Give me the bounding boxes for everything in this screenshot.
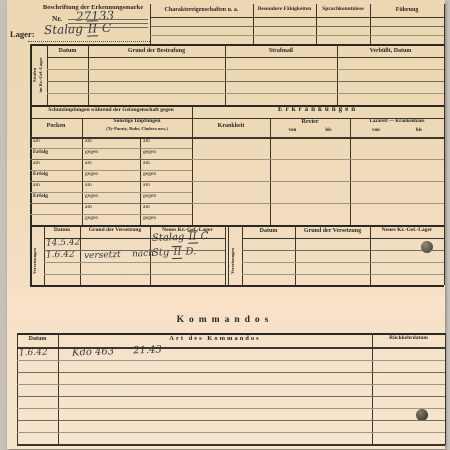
impfung-cell: am — [143, 139, 150, 145]
impfung-cell: gegen — [143, 150, 156, 156]
rule-line — [30, 214, 192, 215]
impfung-cell: am — [143, 161, 150, 167]
versetzungen-neues-header-right: Neues Kr.-Gef.-Lager — [370, 228, 444, 234]
rule-line — [444, 225, 445, 285]
rule-line — [30, 148, 192, 149]
rule-line — [17, 333, 445, 335]
impfung-cell: am — [85, 161, 92, 167]
rule-line — [17, 384, 445, 385]
rule-line — [68, 23, 148, 24]
rule-line — [370, 4, 371, 44]
rule-line — [47, 57, 444, 58]
rule-line — [150, 17, 444, 18]
impfung-cell: gegen — [143, 172, 156, 178]
rule-line — [337, 44, 338, 105]
impfung-cell: am — [143, 205, 150, 211]
pocken-column-header: Pocken — [30, 123, 82, 129]
impfung-cell: gegen — [85, 216, 98, 222]
rule-line — [47, 81, 444, 82]
rule-line — [270, 118, 271, 225]
rule-line — [82, 118, 83, 225]
rule-line — [150, 26, 444, 27]
versetzungen-datum-header: Datum — [44, 228, 80, 234]
rule-line — [44, 250, 225, 251]
rule-line — [17, 333, 18, 445]
rule-line — [17, 408, 445, 409]
lazarett-von-label: von — [372, 128, 380, 133]
sprachkenntnisse-column-header: Sprachkenntnisse — [317, 7, 369, 13]
krankheit-column-header: Krankheit — [192, 123, 270, 129]
versetzungen-side-label-left: Versetzungen — [32, 236, 42, 286]
impfung-cell: am — [143, 183, 150, 189]
rule-line — [228, 225, 229, 285]
pocken-cell: Erfolg — [33, 172, 48, 178]
kommandos-rueckkehr-header: Rückkehrdatum — [372, 336, 445, 342]
rule-line — [30, 44, 444, 46]
rule-line — [68, 19, 148, 20]
versetzung-row2-roman-numeral: II — [172, 246, 182, 259]
rule-line — [30, 170, 192, 171]
faehigkeiten-column-header: Besondere Fähigkeiten — [254, 7, 315, 13]
rule-line — [225, 225, 226, 285]
rule-line — [44, 238, 225, 239]
rule-line — [253, 4, 254, 44]
impfung-cell: am — [85, 139, 92, 145]
rule-line — [44, 225, 45, 285]
rule-line — [30, 225, 444, 227]
fold-crease — [7, 289, 445, 317]
rule-line — [370, 225, 371, 285]
lazarett-bis-label: bis — [416, 128, 422, 133]
impfung-cell: am — [85, 183, 92, 189]
rule-line — [17, 372, 445, 373]
kommandos-art-header: Art des Kommandos — [58, 336, 372, 343]
rule-line — [295, 225, 296, 285]
revier-column-header: Revier — [270, 119, 350, 125]
rule-line — [316, 4, 317, 44]
versetzungen-side-label-right: Versetzungen — [230, 236, 240, 286]
rule-line — [242, 274, 444, 275]
rule-line — [444, 4, 445, 44]
strafen-verbuesst-header: Verbüßt, Datum — [337, 48, 444, 54]
schutzimpfungen-title: Schutzimpfungen während der Gefangenscha… — [31, 108, 191, 114]
lazarett-von-bis: von bis — [354, 128, 440, 133]
rule-line — [44, 262, 225, 263]
rule-line — [444, 105, 445, 225]
strafen-datum-header: Datum — [47, 48, 88, 54]
rule-line — [192, 203, 444, 204]
rule-line — [17, 420, 445, 421]
rule-line — [88, 44, 89, 105]
lager-value-camp: Stalag — [44, 22, 83, 37]
rule-line — [30, 118, 444, 119]
rule-line — [30, 285, 444, 287]
rule-line — [150, 225, 151, 285]
rule-line — [44, 274, 225, 275]
revier-bis-label: bis — [325, 128, 331, 133]
rule-line — [30, 203, 192, 204]
rule-line — [150, 35, 444, 36]
rule-line — [17, 360, 445, 361]
rule-line — [30, 159, 192, 160]
versetzung-row1-neues-letter: C — [200, 231, 208, 242]
rule-line — [68, 27, 148, 28]
rule-line — [445, 333, 446, 445]
versetzung-row2-neues-letter: D. — [185, 246, 196, 257]
versetzung-row2-datum: 1.6.42 — [46, 251, 75, 261]
strafen-side-label: Strafen im Kr.-Gef.-Lager — [32, 47, 46, 103]
versetzungen-datum-header-right: Datum — [242, 228, 295, 234]
rule-line — [30, 105, 32, 225]
rule-line — [58, 333, 59, 445]
rule-line — [192, 181, 444, 182]
impfung-cell: gegen — [85, 150, 98, 156]
rule-line — [242, 250, 444, 251]
rule-line — [242, 225, 243, 285]
strafen-grund-header: Grund der Bestrafung — [88, 48, 225, 54]
versetzungen-grund-header: Grund der Versetzung — [80, 228, 150, 234]
punch-hole-top — [421, 241, 433, 253]
rule-line — [242, 262, 444, 263]
rule-line — [30, 105, 444, 107]
versetzung-row2-neues: Stg II D. — [152, 247, 197, 259]
rule-line — [30, 137, 444, 139]
pocken-cell: Erfolg — [33, 150, 48, 156]
rule-line — [30, 225, 32, 285]
rule-line — [30, 181, 192, 182]
sonstige-impfungen-header: Sonstige Impfungen — [82, 119, 192, 125]
rule-line — [150, 4, 151, 44]
rule-line — [372, 333, 373, 445]
kommandos-datum-header: Datum — [17, 336, 58, 342]
scanned-pow-record-card: Beschriftung der Erkennungsmarke Nr. 271… — [0, 0, 450, 450]
rule-line — [30, 44, 32, 105]
rule-line — [17, 444, 445, 446]
impfung-cell: gegen — [85, 194, 98, 200]
lager-label: Lager: — [10, 30, 35, 39]
charakter-column-header: Charaktereigenschaften u. a. — [151, 7, 252, 13]
pocken-cell: am — [33, 139, 40, 145]
strafen-side-label-line2: im Kr.-Gef.-Lager — [38, 58, 43, 93]
rule-line — [225, 44, 226, 105]
rule-line — [30, 192, 192, 193]
rule-line — [47, 69, 444, 70]
impfung-cell: am — [85, 205, 92, 211]
rule-line — [47, 93, 444, 94]
rule-line — [242, 238, 444, 239]
erkrankungen-title: Erkrankungen — [192, 106, 444, 113]
rule-line — [17, 432, 445, 433]
kommando-row1-datum: 1.6.42 — [19, 349, 48, 359]
rule-line — [444, 44, 445, 105]
revier-von-bis: von bis — [274, 128, 346, 133]
rule-line — [192, 159, 444, 160]
strafen-strafmass-header: Strafmaß — [225, 48, 337, 54]
rule-line — [17, 347, 445, 349]
rule-line — [350, 118, 351, 225]
impfung-cell: gegen — [143, 194, 156, 200]
sonstige-impfungen-subheader: (Ty-Paraty, Ruhr, Cholera usw.) — [82, 127, 192, 132]
pocken-cell: am — [33, 183, 40, 189]
rule-line — [80, 225, 81, 285]
revier-von-label: von — [289, 128, 297, 133]
rule-line — [17, 396, 445, 397]
fuehrung-column-header: Führung — [371, 7, 443, 13]
impfung-cell: gegen — [143, 216, 156, 222]
strafen-side-label-line1: Strafen — [32, 68, 37, 82]
lager-dotted-line — [28, 41, 150, 42]
kommandos-title: Kommandos — [100, 316, 350, 326]
pocken-cell: am — [33, 161, 40, 167]
versetzung-row2-neues-camp: Stg — [152, 247, 170, 259]
lazarett-column-header: Lazarett — Krankenhaus — [350, 119, 444, 124]
versetzungen-grund-header-right: Grund der Versetzung — [295, 228, 370, 234]
versetzung-row1-datum: 14.5.42 — [46, 238, 81, 248]
rule-line — [47, 44, 48, 105]
rule-line — [192, 105, 193, 225]
pocken-cell: Erfolg — [33, 194, 48, 200]
impfung-cell: gegen — [85, 172, 98, 178]
